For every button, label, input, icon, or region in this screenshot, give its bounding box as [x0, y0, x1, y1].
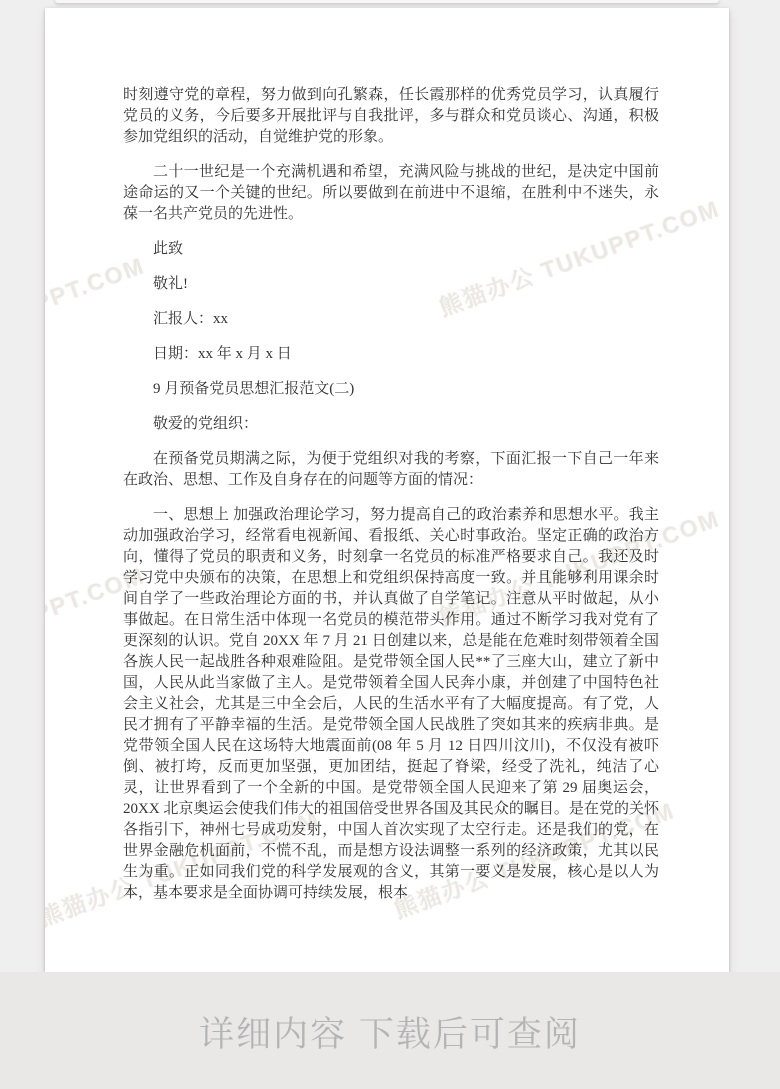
- footer-bar: 详细内容 下载后可查阅: [0, 972, 780, 1089]
- paragraph: 9 月预备党员思想汇报范文(二): [123, 379, 659, 400]
- footer-message: 详细内容 下载后可查阅: [0, 1016, 780, 1054]
- document-page[interactable]: 熊猫办公 TUKUPPT.COM 熊猫办公 TUKUPPT.COM 熊猫办公 T…: [45, 8, 729, 972]
- paragraph: 敬礼!: [123, 274, 659, 295]
- document-body: 时刻遵守党的章程，努力做到向孔繁森，任长霞那样的优秀党员学习，认真履行党员的义务…: [123, 85, 659, 918]
- paragraph: 汇报人：xx: [123, 309, 659, 330]
- document-preview: 熊猫办公 TUKUPPT.COM 熊猫办公 TUKUPPT.COM 熊猫办公 T…: [0, 0, 780, 1089]
- previous-page-edge: [55, 0, 719, 3]
- paragraph: 此致: [123, 239, 659, 260]
- paragraph: 日期：xx 年 x 月 x 日: [123, 344, 659, 365]
- paragraph: 一、思想上 加强政治理论学习，努力提高自己的政治素养和思想水平。我主动加强政治学…: [123, 505, 659, 904]
- paragraph: 敬爱的党组织：: [123, 414, 659, 435]
- paragraph: 时刻遵守党的章程，努力做到向孔繁森，任长霞那样的优秀党员学习，认真履行党员的义务…: [123, 85, 659, 148]
- paragraph: 二十一世纪是一个充满机遇和希望，充满风险与挑战的世纪，是决定中国前途命运的又一个…: [123, 162, 659, 225]
- paragraph: 在预备党员期满之际，为便于党组织对我的考察，下面汇报一下自己一年来在政治、思想、…: [123, 449, 659, 491]
